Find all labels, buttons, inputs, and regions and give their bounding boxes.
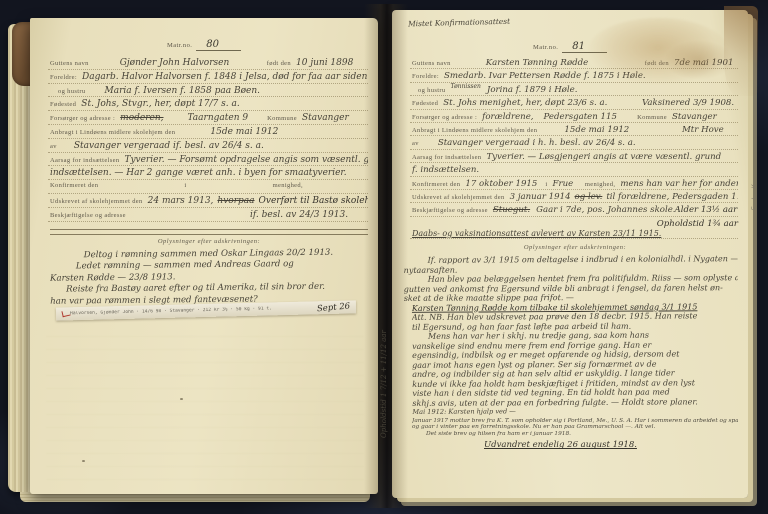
note-line: kunde vi ikke faa holdt ham beskjæftiget… — [412, 377, 738, 388]
right-notes: If. rapport av 3/1 1915 om deltagelse i … — [412, 254, 739, 416]
field-label: i — [184, 182, 191, 189]
note-line-tiny: Januar 1917 mottar brev fra K. T. som op… — [412, 418, 738, 425]
field-value: indsættelsen. — Har 2 gange været anh. i… — [50, 168, 368, 178]
field-label: Foreldre: — [412, 73, 444, 80]
field-label: i — [537, 181, 552, 188]
field-label: Forsørger og adresse : — [50, 115, 120, 122]
vaccination-note: Vaksinered 3/9 1908. — [642, 98, 738, 108]
field-value-struck: moderen, — [120, 113, 163, 123]
opholdstid-note: Opholdstid 1¾ aar — [412, 219, 738, 229]
field-value: Gaar i 7de, pos. Johannes skole. — [530, 205, 674, 215]
row-beskjaeftigelse: Beskjæftigelse og adresse Stuegut. Gaar … — [412, 205, 738, 218]
field-value: if. besl. av 24/3 1913. — [250, 210, 368, 220]
field-value: 3 januar 1914 — [510, 192, 571, 202]
late-notes: Januar 1917 mottar brev fra K. T. som op… — [412, 418, 738, 438]
row-av: av Stavanger vergeraad i h. h. besl. av … — [412, 138, 738, 151]
field-label: av — [412, 140, 424, 147]
field-label: og hustru — [412, 87, 451, 94]
field-value: 24 mars 1913, — [148, 196, 214, 206]
field-label: Guttens navn — [412, 60, 456, 67]
field-value: Frue — [553, 179, 585, 189]
field-value: Pedersgaten 115 — [534, 112, 638, 122]
field-label: Beskjæftigelse og adresse — [412, 207, 493, 214]
row-av: av Stavanger vergeraad if. besl. av 26/4… — [50, 141, 368, 155]
age-note: Alder 13½ aar — [674, 205, 738, 215]
field-label: menighed, — [273, 182, 308, 189]
field-label: født den — [267, 60, 296, 67]
field-label: Fødested — [412, 100, 443, 107]
note-line: If. rapport av 3/1 1915 om deltagelse i … — [412, 254, 738, 265]
field-label: Beskjæftigelse og adresse — [50, 212, 131, 219]
field-value: 17 oktober 1915 — [465, 179, 537, 189]
left-notes: Deltog i rømning sammen med Oskar Lingaa… — [50, 247, 369, 307]
field-value: mens han var her for anden gang — [620, 179, 738, 189]
left-form: Guttens navn Gjønder John Halvorsen født… — [50, 58, 368, 306]
register-book-photo: Matr.no. 80 Guttens navn Gjønder John Ha… — [0, 0, 768, 514]
field-value: Taarngaten 9 — [164, 113, 268, 123]
note-line: gutten ved ankomst fra Egersund vilde bl… — [404, 282, 738, 293]
matr-number: 80 — [196, 39, 241, 51]
edge-pencil-mark: F. L. K. — [752, 130, 758, 210]
field-value: Stavanger vergeraad i h. h. besl. av 26/… — [424, 138, 738, 148]
row-beskjaeftigelse: Beskjæftigelse og adresse if. besl. av 2… — [50, 210, 368, 224]
field-label: Konfirmeret den — [50, 182, 103, 189]
note-line: Han blev paa belæggelsen hentet frem fra… — [412, 273, 738, 284]
field-label: Kommune — [267, 115, 302, 122]
field-value: Tyverier. — Løsgjengeri angis at være væ… — [486, 152, 738, 162]
bleedthrough-ghost — [46, 336, 364, 486]
field-value: Stavanger vergeraad if. besl. av 26/4 s.… — [62, 141, 368, 151]
field-label: Guttens navn — [50, 60, 94, 67]
row-fodested: Fødested St. Johs, Stvgr., her, døpt 17/… — [50, 99, 368, 113]
row-fodested: Fødested St. Johs menighet, her, døpt 23… — [412, 98, 738, 111]
opholdstid-value: Opholdstid 1¾ aar — [657, 219, 738, 229]
field-label: Udskrevet af skolehjemmet den — [412, 194, 510, 201]
field-value: til forældrene, Pedersgaden 115 — — [606, 192, 738, 202]
section-heading: Oplysninger efter udskrivningen: — [50, 238, 368, 245]
right-page: Mistet Konfirmationsattest Matr.no. 81 G… — [392, 10, 748, 498]
final-note-underlined: Udvandret endelig 26 august 1918. — [412, 440, 738, 450]
row-forsorger: Forsørger og adresse : moderen, Taarngat… — [50, 113, 368, 127]
field-value: f. indsættelsen. — [412, 165, 738, 175]
right-form: Guttens navn Karsten Tønning Rødde født … — [412, 58, 738, 450]
row-konfirmeret: Konfirmeret den 17 oktober 1915 i Frue m… — [412, 179, 738, 192]
section-divider — [50, 229, 368, 235]
field-value: Jorina f. 1879 i Høle. — [481, 85, 738, 95]
field-value: Stavanger — [302, 113, 368, 123]
gutter-vertical-note: Opholdstid 1 7/12 + 11/12 aar — [380, 288, 388, 438]
row-anbragt: Anbragt i Lindøens midlere skolehjem den… — [50, 127, 368, 141]
field-label: Udskrevet af skolehjemmet den — [50, 198, 148, 205]
row-attest: Daabs- og vaksinationsattest avlevert av… — [412, 229, 738, 241]
field-label: av — [50, 143, 62, 150]
attest-line: Daabs- og vaksinationsattest avlevert av… — [412, 229, 738, 238]
corner-stain — [724, 6, 758, 96]
row-hustru: og hustru Tønnissen Jorina f. 1879 i Høl… — [412, 85, 738, 98]
row-aarsag: Aarsag for indsættelsen Tyverier. — Fors… — [50, 155, 368, 169]
row-foreldre: Foreldre: Dagarb. Halvor Halvorsen f. 18… — [50, 72, 368, 86]
left-page: Matr.no. 80 Guttens navn Gjønder John Ha… — [30, 18, 378, 494]
field-value: Dagarb. Halvor Halvorsen f. 1848 i Jelsa… — [82, 72, 368, 82]
row-aarsag: Aarsag for indsættelsen Tyverier. — Løsg… — [412, 152, 738, 165]
field-label: Kommune — [637, 114, 672, 121]
field-value: Gjønder John Halvorsen — [94, 58, 267, 68]
field-label: og hustru — [50, 88, 91, 95]
field-label: Forsørger og adresse : — [412, 114, 482, 121]
note-line-tiny: og gaar i vinter paa en forretningsskole… — [412, 424, 738, 431]
field-value: forældrene, — [482, 112, 533, 122]
note-line: Att. NB. Han blev udskrevet paa prøve de… — [412, 311, 738, 322]
ink-speck — [82, 460, 85, 462]
field-value: Overført til Bastø skolehjem — [259, 196, 368, 206]
field-value: Stavanger — [672, 112, 738, 122]
top-annotation: Mistet Konfirmationsattest — [408, 17, 510, 29]
field-value: 15de mai 1912 — [542, 125, 682, 135]
matr-label: Matr.no. — [167, 42, 192, 49]
row-aarsag-2: f. indsættelsen. — [412, 165, 738, 178]
note-line-tiny: Det siste brev og hilsen fra ham er i ja… — [412, 431, 738, 438]
row-guttens-navn: Guttens navn Gjønder John Halvorsen født… — [50, 58, 368, 72]
row-hustru: og hustru Maria f. Iversen f. 1858 paa B… — [50, 86, 368, 100]
ink-speck — [180, 398, 183, 400]
field-value: Tyverier. — Forsømt opdragelse angis som… — [124, 155, 368, 165]
field-value: St. Johs menighet, her, døpt 23/6 s. a. — [443, 98, 642, 108]
field-label: Foreldre: — [50, 74, 82, 81]
field-label: Aarsag for indsættelsen — [50, 157, 124, 164]
note-line-small: Mai 1912: Karsten hjalp ved — — [412, 406, 738, 416]
maiden-name-superscript: Tønnissen — [451, 83, 481, 90]
note-line: skhj.s avis, uten at der paa en forbedri… — [412, 396, 738, 407]
row-forsorger: Forsørger og adresse : forældrene, Peder… — [412, 112, 738, 125]
matr-label: Matr.no. — [533, 44, 558, 51]
left-matr-header: Matr.no. 80 — [30, 34, 378, 52]
field-label: Konfirmeret den — [412, 181, 465, 188]
clipping-handwritten-date: Sept 26 — [310, 300, 356, 314]
field-label: Anbragt i Lindøens midlere skolehjem den — [50, 129, 180, 136]
margin-note: Mtr Hove — [682, 125, 738, 135]
row-udskrevet: Udskrevet af skolehjemmet den 3 januar 1… — [412, 192, 738, 205]
field-value: 10 juni 1898 — [296, 58, 368, 68]
row-konfirmeret: Konfirmeret den i menighed, — [50, 182, 368, 196]
field-value-struck: Stuegut. — [493, 205, 530, 215]
field-label: Aarsag for indsættelsen — [412, 154, 486, 161]
field-label: Anbragt i Lindøens midlere skolehjem den — [412, 127, 542, 134]
row-udskrevet: Udskrevet af skolehjemmet den 24 mars 19… — [50, 196, 368, 210]
section-heading: Oplysninger efter udskrivningen: — [412, 244, 738, 251]
field-value: 15de mai 1912 — [180, 127, 368, 137]
field-value: St. Johs, Stvgr., her, døpt 17/7 s. a. — [81, 99, 368, 109]
field-label: menighed, — [585, 181, 620, 188]
field-value-struck: hvorpaa — [213, 196, 258, 206]
field-label: Fødested — [50, 101, 81, 108]
clipping-text: Halvorsen, Gjønder John · 14/6 98 · Stav… — [56, 305, 311, 316]
field-value: Maria f. Iversen f. 1858 paa Bøen. — [91, 86, 368, 96]
field-value-struck: og lev. — [571, 192, 607, 202]
row-aarsag-2: indsættelsen. — Har 2 gange været anh. i… — [50, 168, 368, 182]
row-anbragt: Anbragt i Lindøens midlere skolehjem den… — [412, 125, 738, 138]
